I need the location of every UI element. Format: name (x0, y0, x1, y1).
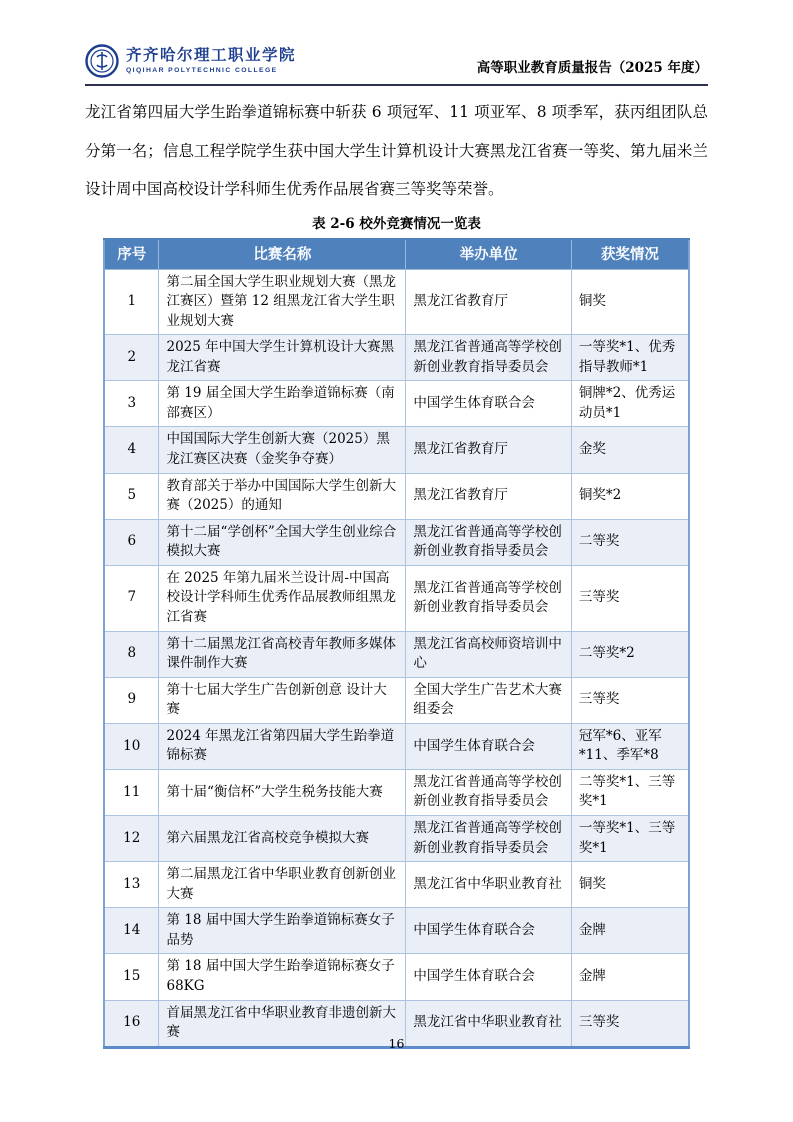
competition-name-cell: 第二届全国大学生职业规划大赛（黑龙江赛区）暨第 12 组黑龙江省大学生职业规划大… (159, 269, 406, 335)
row-index-cell: 5 (104, 473, 159, 519)
table-row: 22025 年中国大学生计算机设计大赛黑龙江省赛黑龙江省普通高等学校创新创业教育… (104, 335, 689, 381)
row-index-cell: 14 (104, 908, 159, 954)
table-row: 11第十届“衡信杯”大学生税务技能大赛黑龙江省普通高等学校创新创业教育指导委员会… (104, 769, 689, 815)
award-cell: 二等奖*1、三等奖*1 (571, 769, 689, 815)
competition-name-cell: 第 18 届中国大学生跆拳道锦标赛女子 68KG (159, 954, 406, 1000)
row-index-cell: 4 (104, 427, 159, 473)
award-cell: 二等奖*2 (571, 631, 689, 677)
row-index-cell: 10 (104, 723, 159, 769)
award-cell: 三等奖 (571, 677, 689, 723)
table-row: 7在 2025 年第九届米兰设计周-中国高校设计学科师生优秀作品展教师组黑龙江省… (104, 565, 689, 631)
row-index-cell: 1 (104, 269, 159, 335)
award-cell: 冠军*6、亚军*11、季军*8 (571, 723, 689, 769)
table-row: 9第十七届大学生广告创新创意 设计大赛全国大学生广告艺术大赛组委会三等奖 (104, 677, 689, 723)
row-index-cell: 11 (104, 769, 159, 815)
award-cell: 铜奖*2 (571, 473, 689, 519)
award-cell: 金牌 (571, 908, 689, 954)
row-index-cell: 2 (104, 335, 159, 381)
column-header-3: 获奖情况 (571, 239, 689, 270)
college-logo-block: 齐齐哈尔理工职业学院 QIQIHAR POLYTECHNIC COLLEGE (85, 44, 296, 78)
competition-name-cell: 第十二届黑龙江省高校青年教师多媒体课件制作大赛 (159, 631, 406, 677)
award-cell: 二等奖 (571, 519, 689, 565)
award-cell: 金奖 (571, 427, 689, 473)
competition-name-cell: 第十届“衡信杯”大学生税务技能大赛 (159, 769, 406, 815)
organizer-cell: 全国大学生广告艺术大赛组委会 (406, 677, 572, 723)
table-row: 1第二届全国大学生职业规划大赛（黑龙江赛区）暨第 12 组黑龙江省大学生职业规划… (104, 269, 689, 335)
competition-name-cell: 第二届黑龙江省中华职业教育创新创业大赛 (159, 862, 406, 908)
row-index-cell: 15 (104, 954, 159, 1000)
report-title: 高等职业教育质量报告（2025 年度） (477, 56, 708, 78)
page-header: 齐齐哈尔理工职业学院 QIQIHAR POLYTECHNIC COLLEGE 高… (85, 0, 708, 86)
column-header-1: 比赛名称 (159, 239, 406, 270)
table-row: 3第 19 届全国大学生跆拳道锦标赛（南部赛区）中国学生体育联合会铜牌*2、优秀… (104, 381, 689, 427)
competition-name-cell: 第六届黑龙江省高校竞争模拟大赛 (159, 816, 406, 862)
college-emblem-icon (85, 44, 119, 78)
row-index-cell: 7 (104, 565, 159, 631)
row-index-cell: 6 (104, 519, 159, 565)
competition-table: 序号比赛名称举办单位获奖情况 1第二届全国大学生职业规划大赛（黑龙江赛区）暨第 … (103, 238, 690, 1049)
table-row: 4中国国际大学生创新大赛（2025）黑龙江赛区决赛（金奖争夺赛）黑龙江省教育厅金… (104, 427, 689, 473)
organizer-cell: 黑龙江省普通高等学校创新创业教育指导委员会 (406, 816, 572, 862)
table-row: 8第十二届黑龙江省高校青年教师多媒体课件制作大赛黑龙江省高校师资培训中心二等奖*… (104, 631, 689, 677)
award-cell: 金牌 (571, 954, 689, 1000)
organizer-cell: 黑龙江省普通高等学校创新创业教育指导委员会 (406, 335, 572, 381)
row-index-cell: 3 (104, 381, 159, 427)
body-paragraph: 龙江省第四届大学生跆拳道锦标赛中斩获 6 项冠军、11 项亚军、8 项季军，获丙… (85, 93, 708, 209)
column-header-0: 序号 (104, 239, 159, 270)
organizer-cell: 黑龙江省普通高等学校创新创业教育指导委员会 (406, 519, 572, 565)
organizer-cell: 黑龙江省中华职业教育社 (406, 862, 572, 908)
document-page: 齐齐哈尔理工职业学院 QIQIHAR POLYTECHNIC COLLEGE 高… (0, 0, 793, 1122)
college-name: 齐齐哈尔理工职业学院 QIQIHAR POLYTECHNIC COLLEGE (126, 48, 296, 73)
award-cell: 铜牌*2、优秀运动员*1 (571, 381, 689, 427)
organizer-cell: 中国学生体育联合会 (406, 723, 572, 769)
competition-name-cell: 中国国际大学生创新大赛（2025）黑龙江赛区决赛（金奖争夺赛） (159, 427, 406, 473)
competition-name-cell: 第 19 届全国大学生跆拳道锦标赛（南部赛区） (159, 381, 406, 427)
organizer-cell: 黑龙江省高校师资培训中心 (406, 631, 572, 677)
table-row: 14第 18 届中国大学生跆拳道锦标赛女子品势中国学生体育联合会金牌 (104, 908, 689, 954)
college-name-zh: 齐齐哈尔理工职业学院 (126, 48, 296, 64)
row-index-cell: 12 (104, 816, 159, 862)
college-name-en: QIQIHAR POLYTECHNIC COLLEGE (126, 67, 296, 74)
column-header-2: 举办单位 (406, 239, 572, 270)
table-row: 15第 18 届中国大学生跆拳道锦标赛女子 68KG中国学生体育联合会金牌 (104, 954, 689, 1000)
table-row: 102024 年黑龙江省第四届大学生跆拳道锦标赛中国学生体育联合会冠军*6、亚军… (104, 723, 689, 769)
organizer-cell: 黑龙江省教育厅 (406, 269, 572, 335)
row-index-cell: 8 (104, 631, 159, 677)
award-cell: 三等奖 (571, 565, 689, 631)
competition-name-cell: 2024 年黑龙江省第四届大学生跆拳道锦标赛 (159, 723, 406, 769)
competition-name-cell: 第十七届大学生广告创新创意 设计大赛 (159, 677, 406, 723)
award-cell: 铜奖 (571, 269, 689, 335)
award-cell: 一等奖*1、优秀指导教师*1 (571, 335, 689, 381)
table-header-row: 序号比赛名称举办单位获奖情况 (104, 239, 689, 270)
competition-name-cell: 教育部关于举办中国国际大学生创新大赛（2025）的通知 (159, 473, 406, 519)
table-row: 5教育部关于举办中国国际大学生创新大赛（2025）的通知黑龙江省教育厅铜奖*2 (104, 473, 689, 519)
organizer-cell: 中国学生体育联合会 (406, 381, 572, 427)
award-cell: 一等奖*1、三等奖*1 (571, 816, 689, 862)
award-cell: 铜奖 (571, 862, 689, 908)
row-index-cell: 13 (104, 862, 159, 908)
organizer-cell: 中国学生体育联合会 (406, 954, 572, 1000)
table-row: 12第六届黑龙江省高校竞争模拟大赛黑龙江省普通高等学校创新创业教育指导委员会一等… (104, 816, 689, 862)
organizer-cell: 黑龙江省教育厅 (406, 427, 572, 473)
table-caption: 表 2-6 校外竞赛情况一览表 (85, 212, 708, 232)
competition-name-cell: 2025 年中国大学生计算机设计大赛黑龙江省赛 (159, 335, 406, 381)
organizer-cell: 黑龙江省普通高等学校创新创业教育指导委员会 (406, 565, 572, 631)
table-row: 13第二届黑龙江省中华职业教育创新创业大赛黑龙江省中华职业教育社铜奖 (104, 862, 689, 908)
page-number: 16 (0, 1036, 793, 1051)
organizer-cell: 中国学生体育联合会 (406, 908, 572, 954)
table-row: 6第十二届“学创杯”全国大学生创业综合模拟大赛黑龙江省普通高等学校创新创业教育指… (104, 519, 689, 565)
competition-name-cell: 第 18 届中国大学生跆拳道锦标赛女子品势 (159, 908, 406, 954)
row-index-cell: 9 (104, 677, 159, 723)
competition-name-cell: 第十二届“学创杯”全国大学生创业综合模拟大赛 (159, 519, 406, 565)
organizer-cell: 黑龙江省普通高等学校创新创业教育指导委员会 (406, 769, 572, 815)
competition-name-cell: 在 2025 年第九届米兰设计周-中国高校设计学科师生优秀作品展教师组黑龙江省赛 (159, 565, 406, 631)
organizer-cell: 黑龙江省教育厅 (406, 473, 572, 519)
